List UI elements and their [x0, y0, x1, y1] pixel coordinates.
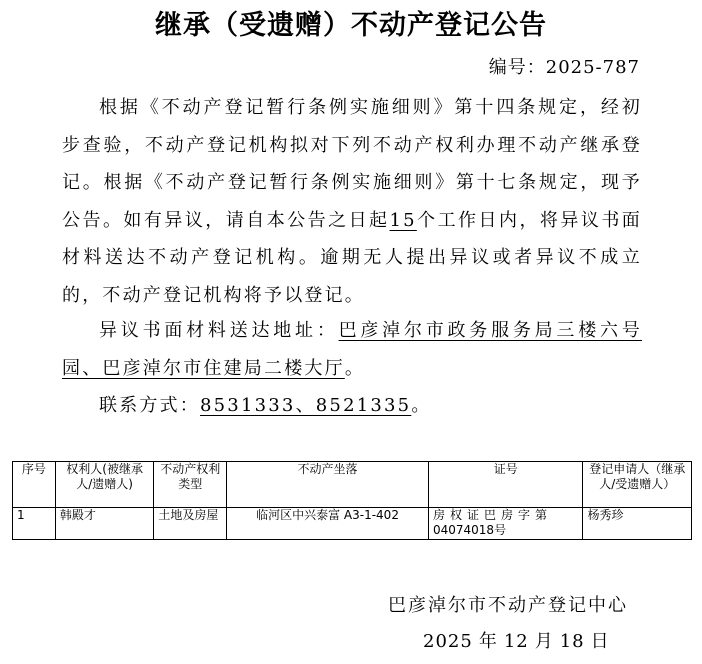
document-number: 编号：2025-787 — [489, 56, 640, 80]
header-index: 序号 — [13, 462, 56, 508]
table-header-row: 序号 权利人(被继承人/遗赠人) 不动产权利类型 不动产坐落 证号 登记申请人（… — [13, 462, 692, 508]
registration-table: 序号 权利人(被继承人/遗赠人) 不动产权利类型 不动产坐落 证号 登记申请人（… — [12, 461, 692, 540]
date-year-unit: 年 — [479, 631, 498, 652]
date-day-unit: 日 — [591, 631, 610, 652]
date-month: 12 — [504, 631, 529, 652]
objection-days: 15 — [390, 210, 417, 231]
address-end: 。 — [345, 358, 365, 379]
cell-right-type: 土地及房屋 — [154, 508, 227, 540]
cell-location: 临河区中兴泰富 A3-1-402 — [227, 508, 429, 540]
contact-end: 。 — [411, 395, 431, 416]
date-month-unit: 月 — [535, 631, 554, 652]
cell-applicant: 杨秀珍 — [583, 508, 692, 540]
header-location: 不动产坐落 — [227, 462, 429, 508]
header-applicant: 登记申请人（继承人/受遗赠人） — [583, 462, 692, 508]
certificate-prefix: 房权证巴房字第 — [433, 508, 552, 522]
notice-paragraph-address: 异议书面材料送达地址：巴彦淖尔市政务服务局三楼六号园、巴彦淖尔市住建局二楼大厅。 — [62, 312, 642, 387]
notice-paragraph-main: 根据《不动产登记暂行条例实施细则》第十四条规定，经初步查验，不动产登记机构拟对下… — [62, 89, 642, 314]
address-label: 异议书面材料送达地址： — [99, 320, 339, 341]
header-right-type: 不动产权利类型 — [154, 462, 227, 508]
contact-phones: 8531333、8521335 — [200, 395, 411, 416]
date-year: 2025 — [423, 631, 473, 652]
certificate-number: 04074018号 — [433, 523, 506, 537]
notice-title: 继承（受遗赠）不动产登记公告 — [0, 8, 702, 44]
cell-index: 1 — [13, 508, 56, 540]
cell-owner: 韩殿才 — [55, 508, 154, 540]
date-day: 18 — [560, 631, 585, 652]
header-certificate: 证号 — [428, 462, 582, 508]
cell-certificate: 房权证巴房字第04074018号 — [428, 508, 582, 540]
table-row: 1 韩殿才 土地及房屋 临河区中兴泰富 A3-1-402 房权证巴房字第0407… — [13, 508, 692, 540]
issuing-organization: 巴彦淖尔市不动产登记中心 — [388, 594, 628, 618]
notice-paragraph-contact: 联系方式：8531333、8521335。 — [99, 387, 679, 425]
header-owner: 权利人(被继承人/遗赠人) — [55, 462, 154, 508]
issue-date: 2025年12月18日 — [423, 630, 616, 654]
contact-label: 联系方式： — [99, 395, 200, 416]
